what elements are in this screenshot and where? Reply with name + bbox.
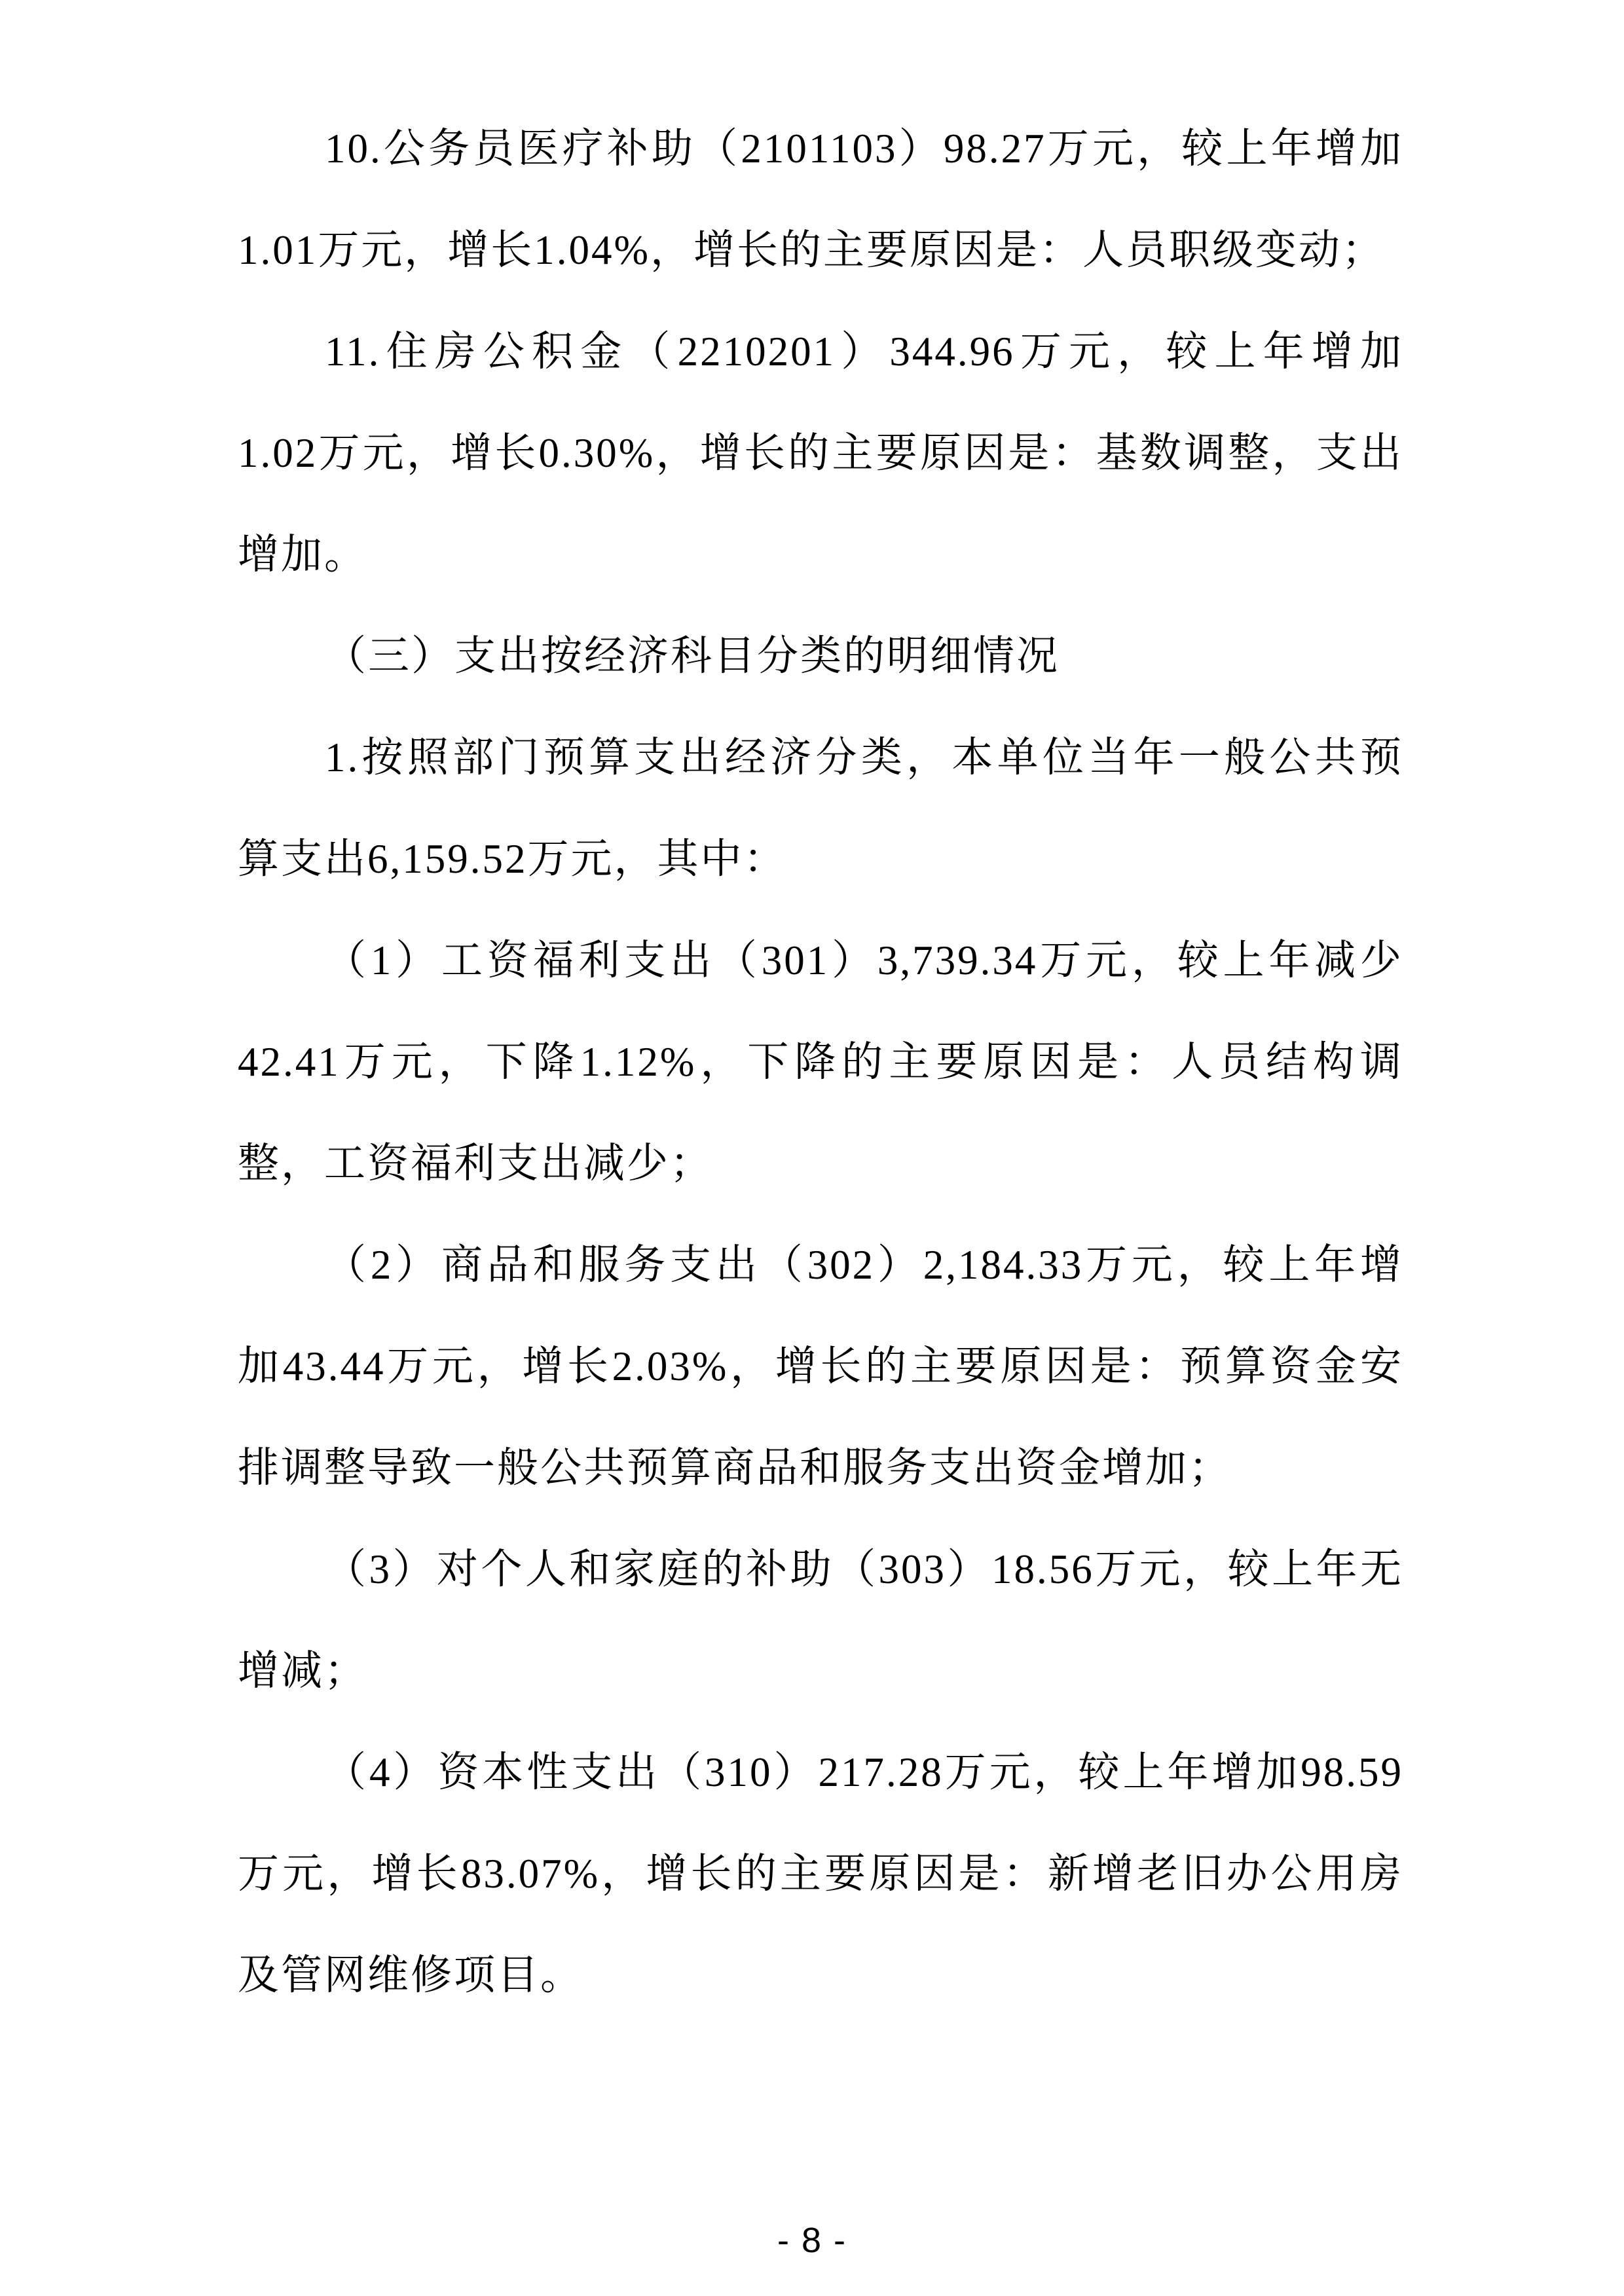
text-line: 及管网维修项目。 — [238, 1925, 1403, 2026]
text-line: 42.41万元，下降1.12%，下降的主要原因是：人员结构调 — [238, 1011, 1403, 1113]
paragraph-sub-item-3: （3）对个人和家庭的补助（303）18.56万元，较上年无 增减； — [238, 1519, 1403, 1722]
document-page: 10.公务员医疗补助（2101103）98.27万元，较上年增加 1.01万元，… — [0, 0, 1624, 2296]
text-line: 1.01万元，增长1.04%，增长的主要原因是：人员职级变动； — [238, 200, 1403, 301]
text-line: （3）对个人和家庭的补助（303）18.56万元，较上年无 — [238, 1519, 1403, 1620]
text-line: 加43.44万元，增长2.03%，增长的主要原因是：预算资金安 — [238, 1316, 1403, 1417]
page-number: - 8 - — [0, 2221, 1624, 2260]
paragraph-sub-item-4: （4）资本性支出（310）217.28万元，较上年增加98.59 万元，增长83… — [238, 1722, 1403, 2026]
section-heading: （三）支出按经济科目分类的明细情况 — [238, 606, 1403, 707]
paragraph-item-10: 10.公务员医疗补助（2101103）98.27万元，较上年增加 1.01万元，… — [238, 98, 1403, 301]
paragraph-sub-item-2: （2）商品和服务支出（302）2,184.33万元，较上年增 加43.44万元，… — [238, 1214, 1403, 1519]
document-body: 10.公务员医疗补助（2101103）98.27万元，较上年增加 1.01万元，… — [238, 98, 1403, 2026]
text-line: （4）资本性支出（310）217.28万元，较上年增加98.59 — [238, 1722, 1403, 1823]
section-heading-3: （三）支出按经济科目分类的明细情况 — [238, 606, 1403, 707]
text-line: 万元，增长83.07%，增长的主要原因是：新增老旧办公用房 — [238, 1823, 1403, 1925]
text-line: 整，工资福利支出减少； — [238, 1113, 1403, 1214]
text-line: 1.按照部门预算支出经济分类，本单位当年一般公共预 — [238, 707, 1403, 809]
text-line: 1.02万元，增长0.30%，增长的主要原因是：基数调整，支出 — [238, 403, 1403, 504]
text-line: 排调整导致一般公共预算商品和服务支出资金增加； — [238, 1417, 1403, 1519]
text-line: 10.公务员医疗补助（2101103）98.27万元，较上年增加 — [238, 98, 1403, 200]
text-line: （2）商品和服务支出（302）2,184.33万元，较上年增 — [238, 1214, 1403, 1316]
text-line: 增加。 — [238, 504, 1403, 606]
text-line: 11.住房公积金（2210201）344.96万元，较上年增加 — [238, 301, 1403, 403]
paragraph-item-11: 11.住房公积金（2210201）344.96万元，较上年增加 1.02万元，增… — [238, 301, 1403, 606]
text-line: （1）工资福利支出（301）3,739.34万元，较上年减少 — [238, 910, 1403, 1011]
text-line: 算支出6,159.52万元，其中： — [238, 809, 1403, 910]
paragraph-item-1: 1.按照部门预算支出经济分类，本单位当年一般公共预 算支出6,159.52万元，… — [238, 707, 1403, 910]
text-line: 增减； — [238, 1620, 1403, 1722]
paragraph-sub-item-1: （1）工资福利支出（301）3,739.34万元，较上年减少 42.41万元，下… — [238, 910, 1403, 1214]
